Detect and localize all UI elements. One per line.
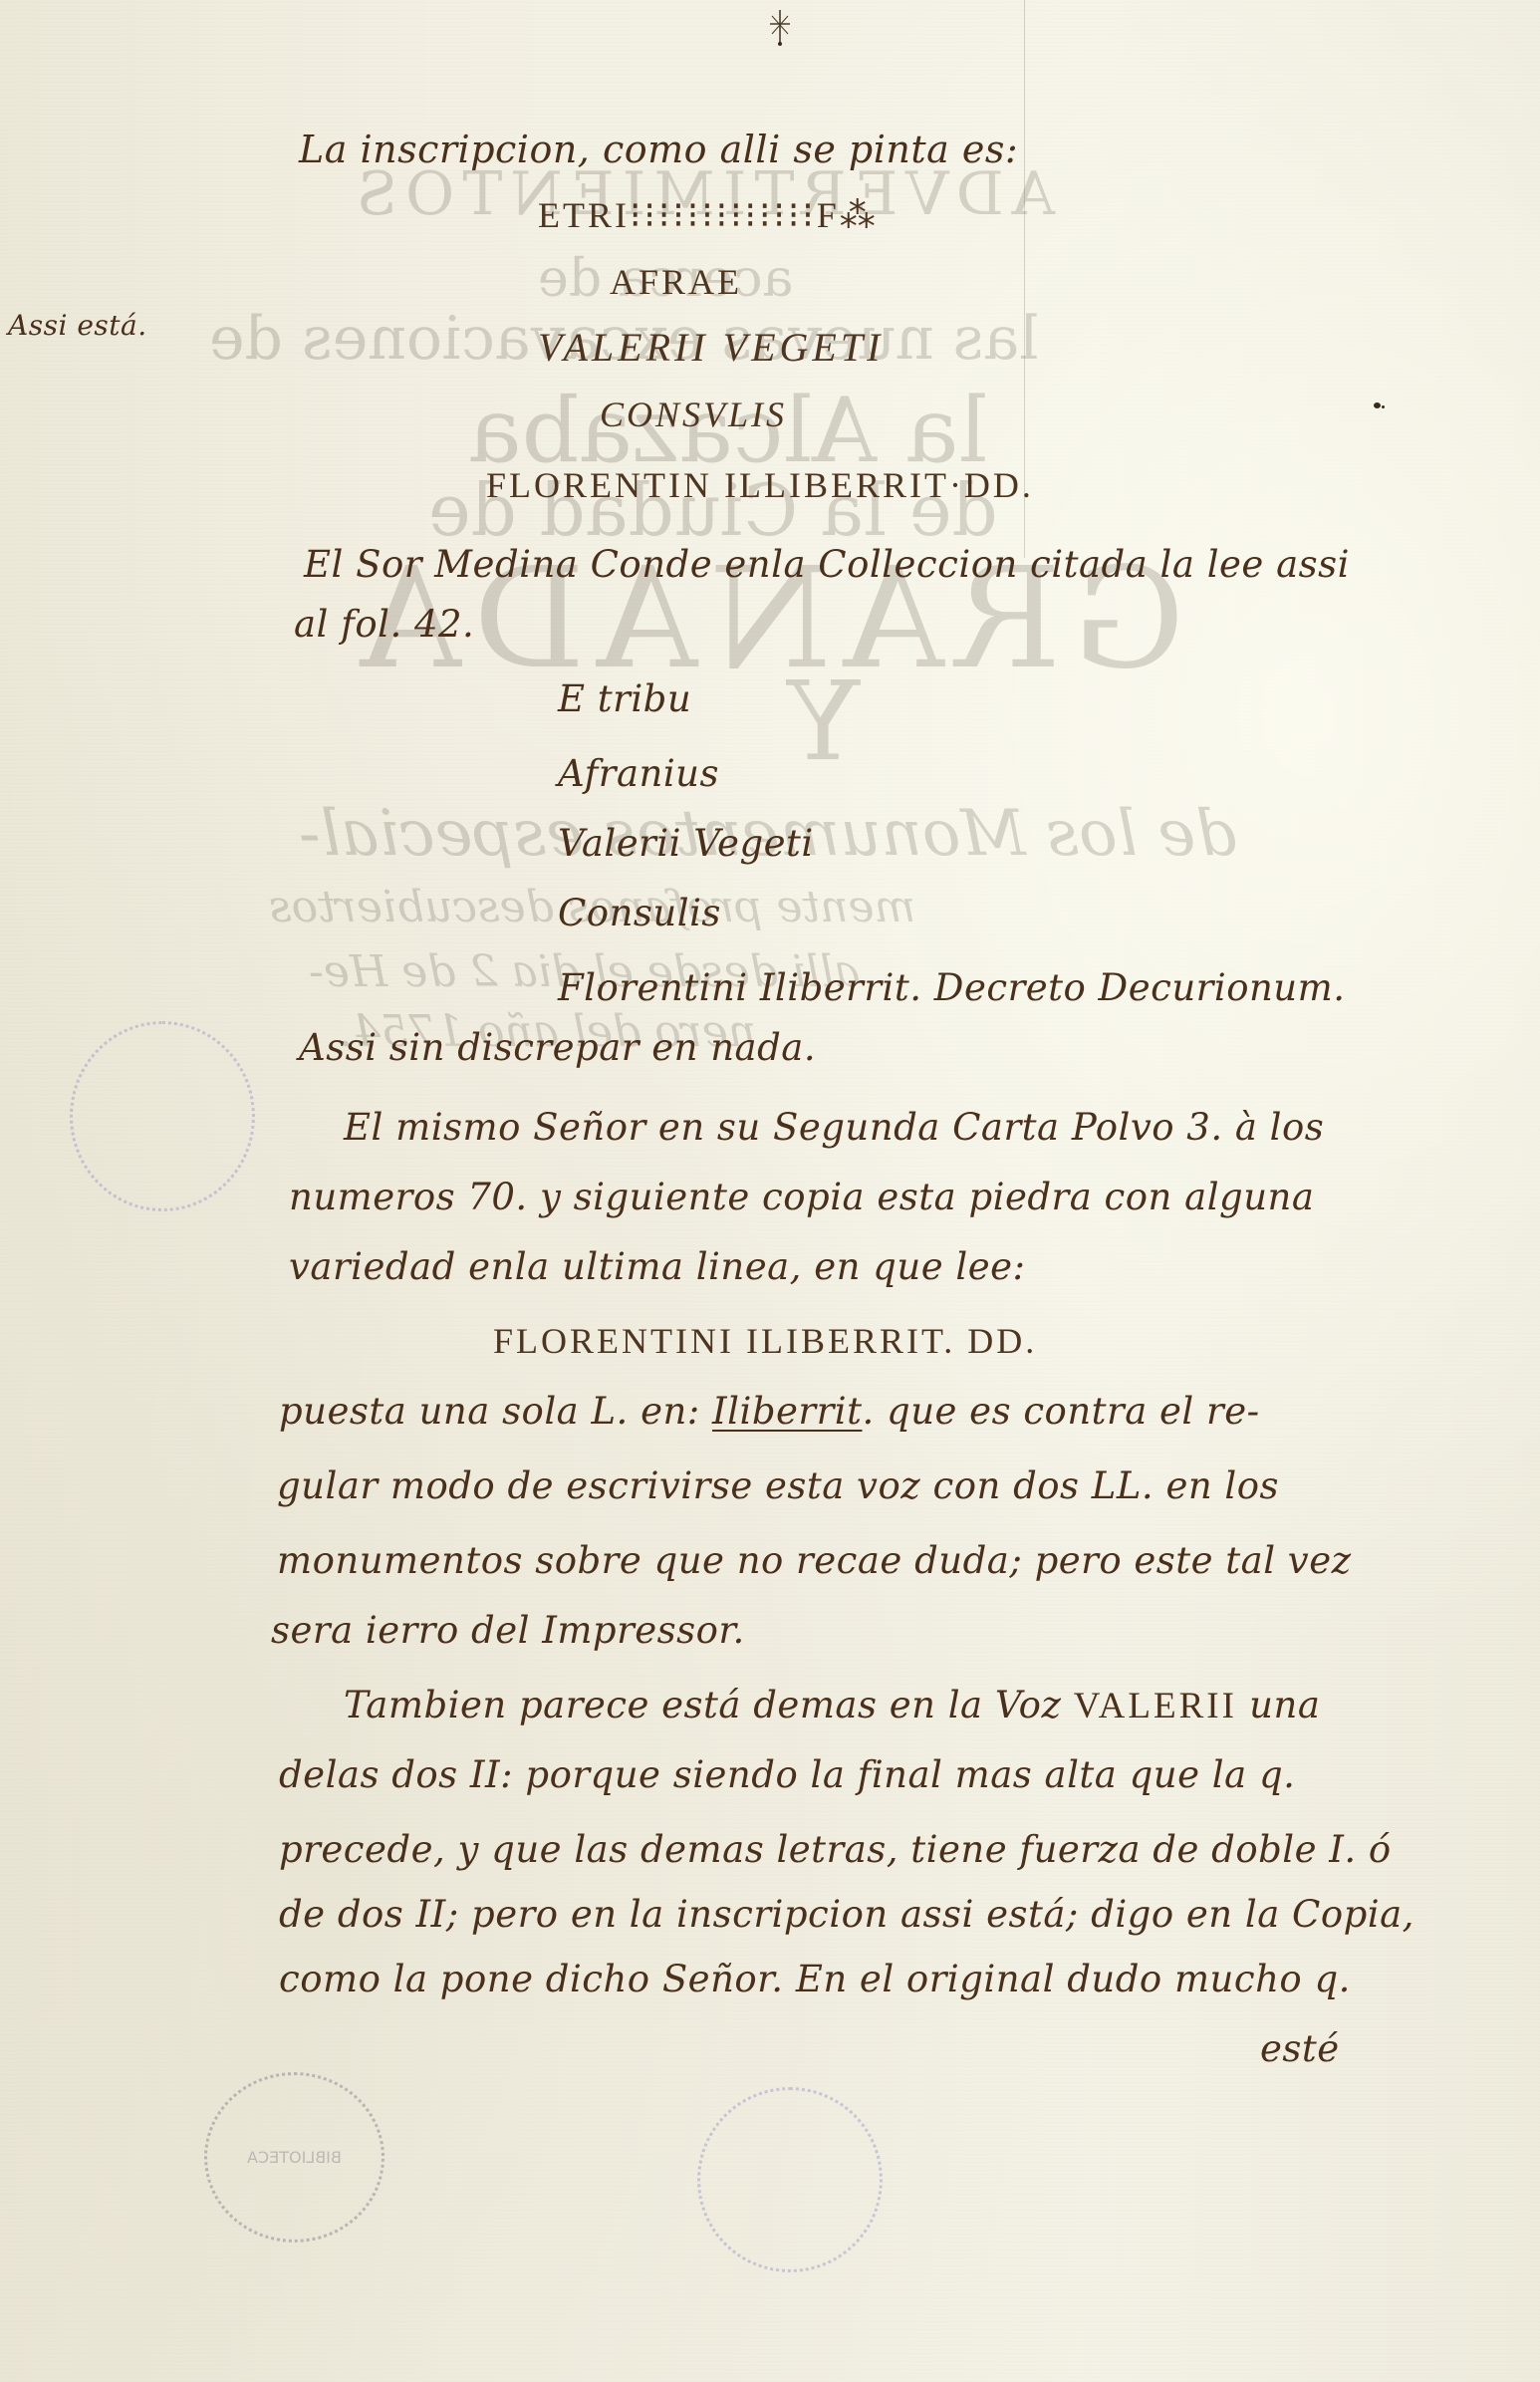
ink-spot	[1374, 402, 1381, 408]
inscription-line-2: AFRAE	[610, 261, 742, 303]
ink-spot	[1382, 405, 1385, 408]
medina-conde-intro-line-2: al fol. 42.	[294, 603, 474, 646]
paragraph-2-line-1: El mismo Señor en su Segunda Carta Polvo…	[344, 1106, 1324, 1149]
paragraph-3-line-1: puesta una sola L. en: Iliberrit. que es…	[279, 1390, 1260, 1433]
margin-note: Assi está.	[8, 309, 147, 342]
inscription-line-3: VALERII VEGETI	[538, 324, 884, 371]
paragraph-4-line-5: como la pone dicho Señor. En el original…	[279, 1958, 1351, 2000]
library-stamp-bottom-center	[697, 2087, 883, 2272]
paragraph-2-line-2: numeros 70. y siguiente copia esta piedr…	[289, 1176, 1314, 1218]
library-stamp-bottom-left: BIBLIOTECA	[204, 2072, 385, 2243]
manuscript-page: ADVERTIMIENTOS acerca de las nuevas exca…	[0, 0, 1540, 2382]
intro-line: La inscripcion, como alli se pinta es:	[299, 128, 1018, 171]
paragraph-4-text-b: una	[1237, 1684, 1320, 1726]
reading-line-3: Valerii Vegeti	[558, 822, 814, 865]
paragraph-3-text-b: . que es contra el re-	[862, 1390, 1259, 1433]
paragraph-3-line-4: sera ierro del Impressor.	[271, 1609, 745, 1652]
paragraph-1: Assi sin discrepar en nada.	[299, 1026, 816, 1069]
inscription-line-5: FLORENTIN ILLIBERRIT·DD.	[486, 464, 1034, 506]
inscription-line-4: CONSVLIS	[600, 394, 787, 435]
stamp-text: BIBLIOTECA	[247, 2148, 342, 2167]
caps-word-valerii: VALERII	[1074, 1686, 1237, 1726]
underlined-word-iliberrit: Iliberrit	[712, 1390, 862, 1433]
cross-mark-icon	[767, 8, 793, 48]
paragraph-3-line-2: gular modo de escrivirse esta voz con do…	[277, 1464, 1279, 1507]
catchword: esté	[1260, 2027, 1340, 2070]
reading-line-2: Afranius	[558, 752, 719, 795]
library-stamp-left-margin	[70, 1021, 255, 1211]
reading-line-1: E tribu	[558, 677, 691, 720]
inscription-line-1: ETRI⁝⁝⁝⁝⁝⁝⁝⁝⁝⁝⁝⁝⁝F⁂	[538, 194, 879, 236]
paragraph-2-line-3: variedad enla ultima linea, en que lee:	[289, 1245, 1025, 1288]
paragraph-4-line-3: precede, y que las demas letras, tiene f…	[279, 1828, 1392, 1871]
paragraph-3-line-3: monumentos sobre que no recae duda; pero…	[277, 1539, 1352, 1582]
paragraph-2-inscription: FLORENTINI ILIBERRIT. DD.	[493, 1320, 1037, 1362]
paragraph-3-text-a: puesta una sola L. en:	[279, 1390, 712, 1433]
reading-line-4: Consulis	[558, 892, 721, 934]
paragraph-4-text-a: Tambien parece está demas en la Voz	[344, 1684, 1074, 1726]
reading-line-5: Florentini Iliberrit. Decreto Decurionum…	[558, 966, 1345, 1009]
medina-conde-intro-line-1: El Sor Medina Conde enla Colleccion cita…	[304, 543, 1350, 586]
paragraph-4-line-4: de dos II; pero en la inscripcion assi e…	[279, 1893, 1414, 1936]
paragraph-4-line-1: Tambien parece está demas en la Voz VALE…	[344, 1684, 1320, 1727]
paragraph-4-line-2: delas dos II: porque siendo la final mas…	[279, 1753, 1295, 1796]
bleed-through-line: Y	[787, 658, 860, 785]
